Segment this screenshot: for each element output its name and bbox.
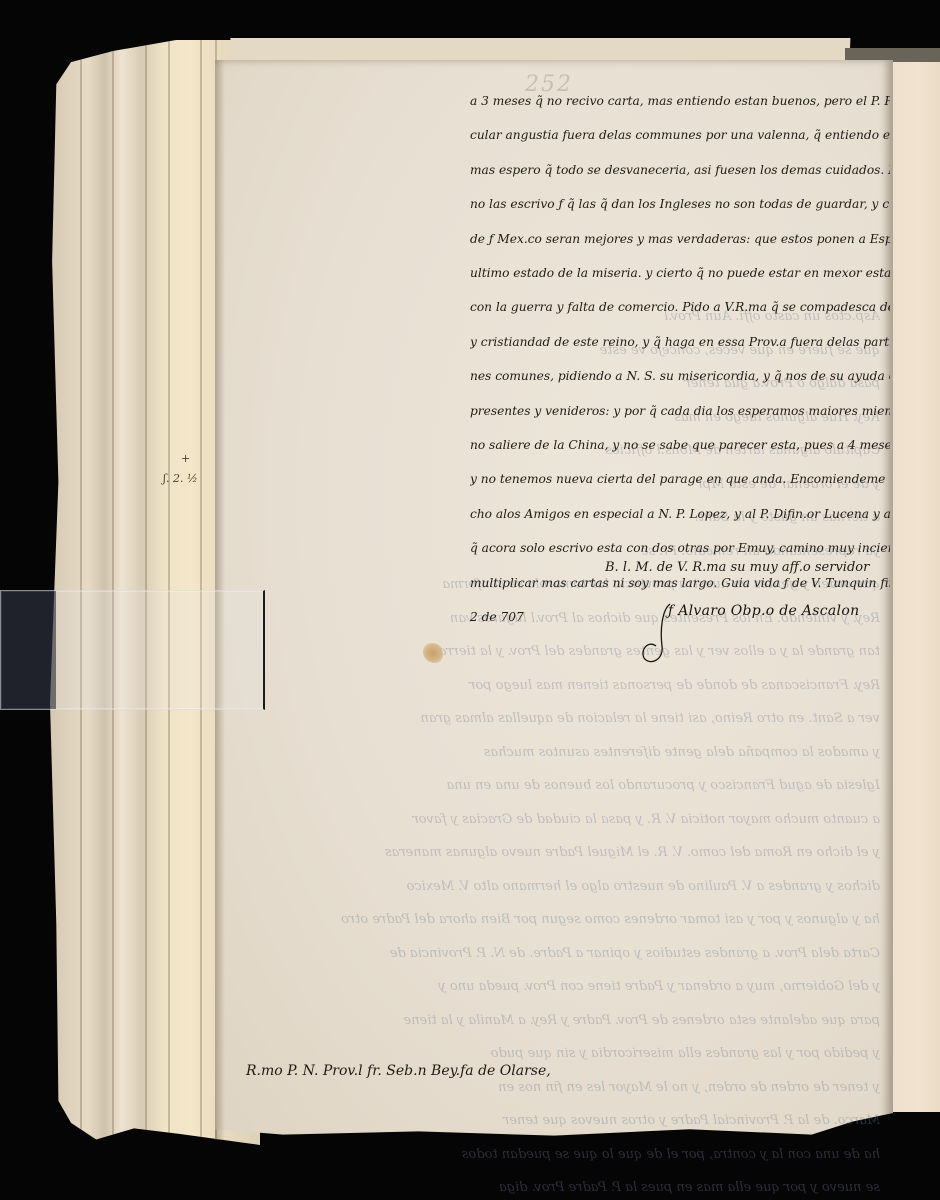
- letter-line: con la guerra y falta de comercio. Pido …: [470, 290, 890, 324]
- letter-line: no saliere de la China, y no se sabe que…: [470, 428, 890, 462]
- bleed-line: ver a Sant. en otro Reino, asi tiene la …: [240, 702, 880, 736]
- letter-line: a 3 meses q̃ no recivo carta, mas entien…: [470, 84, 890, 118]
- bleed-line: dichos y grandes a V. Paulino de nuestro…: [240, 870, 880, 904]
- letter-line: de ƒ Mex.co seran mejores y mas verdader…: [470, 222, 890, 256]
- bleed-line: ha y algunos y por y asi tomar ordenes c…: [240, 903, 880, 937]
- bleed-line: y amados la compaña dela gente diferente…: [240, 736, 880, 770]
- letter-line: cular angustia fuera delas communes por …: [470, 118, 890, 152]
- bleed-line: tan grande la y a ellos ver y las gentes…: [240, 635, 880, 669]
- acrylic-page-clip: [0, 590, 265, 710]
- letter-line: cho alos Amigos en especial a N. P. Lope…: [470, 497, 890, 531]
- bleed-line: Rey. Franciscanas de donde de personas t…: [240, 669, 880, 703]
- letter-line: y cristiandad de este reino, y q̃ haga e…: [470, 325, 890, 359]
- margin-mark: +: [181, 452, 190, 465]
- address-line: R.mo P. N. Prov.l fr. Seb.n Bey.fa de Ol…: [246, 1063, 551, 1079]
- bleed-line: Carta dela Prov. a grandes estudios y op…: [240, 937, 880, 971]
- letter-closing: B. l. M. de V. R.ma su muy aff.o servido…: [605, 560, 869, 575]
- top-leaf-edge: [230, 38, 851, 62]
- bleed-line: se nuevo y por que ella mas en pues la P…: [240, 1171, 880, 1200]
- letter-line: presentes y venideros: y por q̃ cada dia…: [470, 394, 890, 428]
- bleed-line: para que adelante esta ordenes de Prov. …: [240, 1004, 880, 1038]
- letter-line: mas espero q̃ todo se desvaneceria, asi …: [470, 153, 890, 187]
- letter-body: a 3 meses q̃ no recivo carta, mas entien…: [470, 84, 890, 635]
- signature: ƒ Alvaro Obp.o de Ascalon: [668, 603, 859, 619]
- bleed-line: y del Gobierno, muy a ordenar y Padre ti…: [240, 970, 880, 1004]
- letter-line: nes comunes, pidiendo a N. S. su miseric…: [470, 359, 890, 393]
- margin-note: ʃ. 2. ½: [163, 472, 198, 485]
- letter-line: no las escrivo ƒ q̃ las q̃ dan los Ingle…: [470, 187, 890, 221]
- letter-line: y no tenemos nueva cierta del parage en …: [470, 462, 890, 496]
- bleed-line: y el dicho en Roma del como. V. R. el Mi…: [240, 836, 880, 870]
- bleed-line: Iglesia de agud Francisco y procurando l…: [240, 769, 880, 803]
- bleed-line: ha de una con la y contra, por el de que…: [240, 1138, 880, 1172]
- bleed-line: a cuanto mucho mayor noticia V. R. y pas…: [240, 803, 880, 837]
- bleed-line: Marco. de la P. Provincial Padre y otros…: [240, 1104, 880, 1138]
- facing-page-edge: [888, 62, 940, 1112]
- paper-stain: [423, 643, 443, 663]
- letter-line: ultimo estado de la miseria. y cierto q̃…: [470, 256, 890, 290]
- manuscript-scene: + ʃ. 2. ½ 252 Asp.ctos un casto offi. Au…: [0, 0, 940, 1200]
